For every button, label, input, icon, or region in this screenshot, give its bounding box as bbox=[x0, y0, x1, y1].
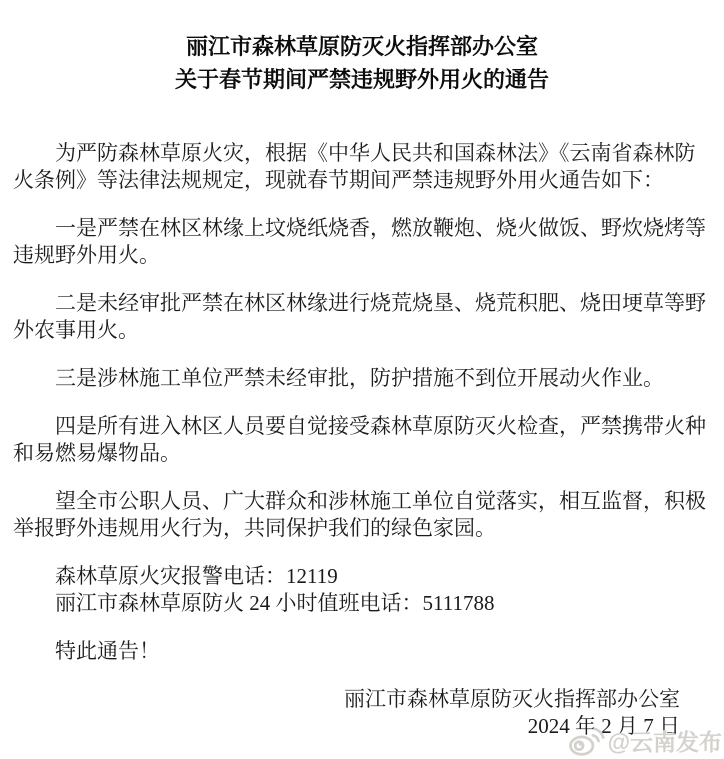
paragraph-item-3: 三是涉林施工单位严禁未经审批，防护措施不到位开展动火作业。 bbox=[13, 365, 711, 392]
notice-header: 丽江市森林草原防灭火指挥部办公室 关于春节期间严禁违规野外用火的通告 bbox=[0, 0, 724, 96]
notice-document: 丽江市森林草原防灭火指挥部办公室 关于春节期间严禁违规野外用火的通告 为严防森林… bbox=[0, 0, 724, 759]
hotline-block: 森林草原火灾报警电话：12119 丽江市森林草原防火 24 小时值班电话：511… bbox=[13, 563, 711, 617]
hotline-duty-phone: 丽江市森林草原防火 24 小时值班电话：5111788 bbox=[13, 590, 711, 617]
paragraph-item-1: 一是严禁在林区林缘上坟烧纸烧香，燃放鞭炮、烧火做饭、野炊烧烤等违规野外用火。 bbox=[13, 215, 711, 269]
notice-title-line1: 丽江市森林草原防灭火指挥部办公室 bbox=[0, 30, 724, 63]
closing-line: 特此通告！ bbox=[13, 638, 711, 665]
signature-org: 丽江市森林草原防灭火指挥部办公室 bbox=[0, 686, 680, 713]
notice-title-line2: 关于春节期间严禁违规野外用火的通告 bbox=[0, 63, 724, 96]
watermark: @云南发布 bbox=[567, 724, 722, 757]
weibo-icon bbox=[567, 724, 605, 757]
paragraph-intro: 为严防森林草原火灾，根据《中华人民共和国森林法》《云南省森林防火条例》等法律法规… bbox=[13, 140, 711, 194]
hotline-fire-report: 森林草原火灾报警电话：12119 bbox=[13, 563, 711, 590]
paragraph-item-2: 二是未经审批严禁在林区林缘进行烧荒烧垦、烧荒积肥、烧田埂草等野外农事用火。 bbox=[13, 290, 711, 344]
watermark-handle: @云南发布 bbox=[608, 724, 722, 757]
paragraph-item-4: 四是所有进入林区人员要自觉接受森林草原防灭火检查，严禁携带火种和易燃易爆物品。 bbox=[13, 413, 711, 467]
paragraph-appeal: 望全市公职人员、广大群众和涉林施工单位自觉落实，相互监督，积极举报野外违规用火行… bbox=[13, 488, 711, 542]
notice-body: 为严防森林草原火灾，根据《中华人民共和国森林法》《云南省森林防火条例》等法律法规… bbox=[0, 140, 724, 665]
